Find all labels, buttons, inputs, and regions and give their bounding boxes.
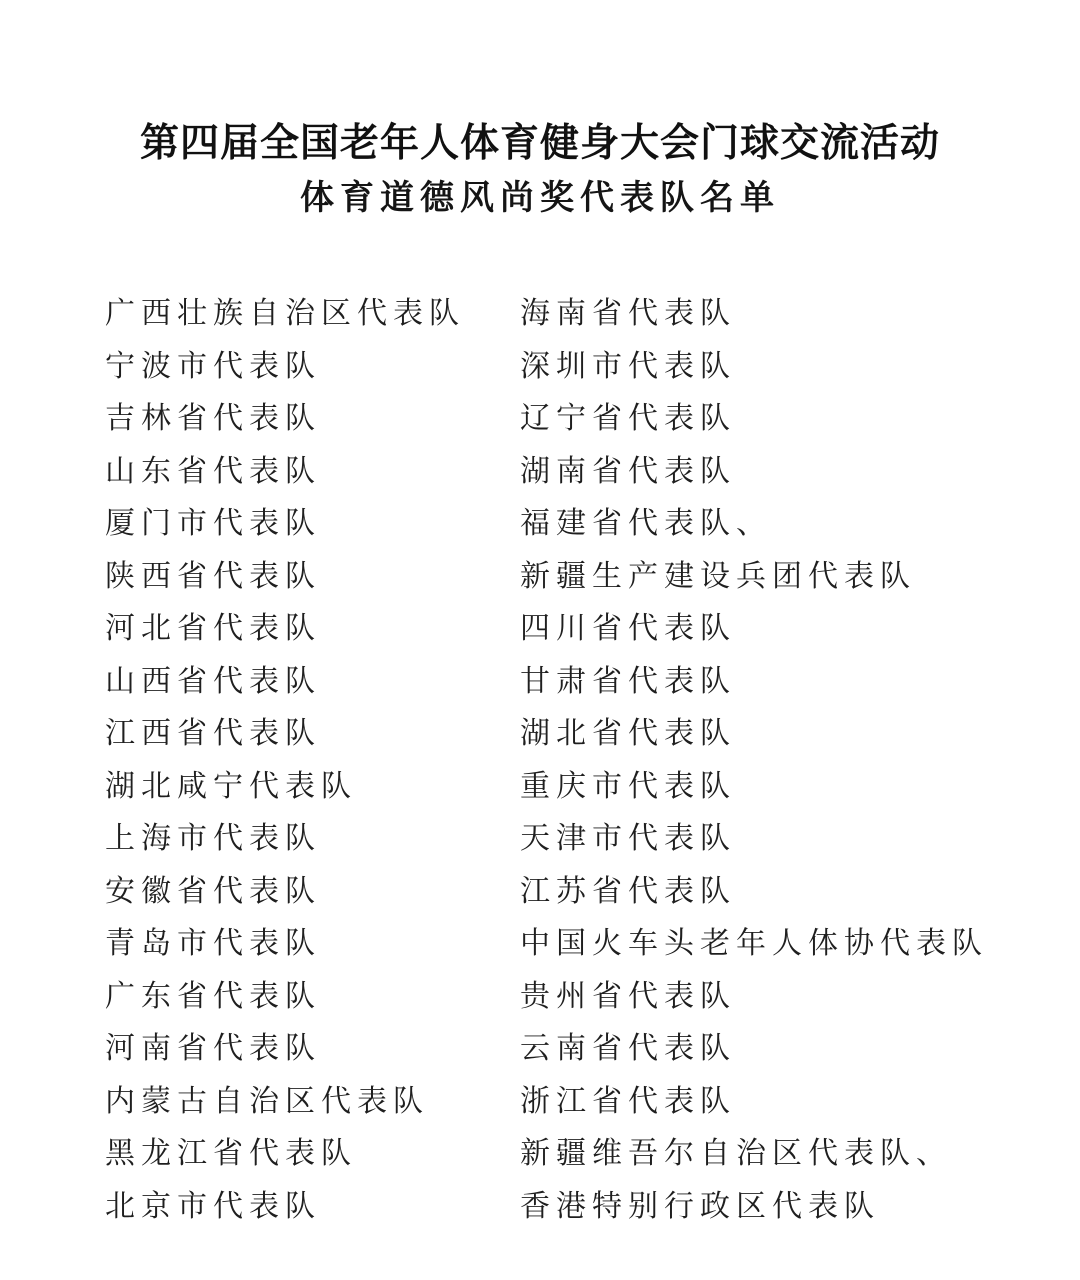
list-item: 海南省代表队 <box>520 288 1040 341</box>
list-item: 安徽省代表队 <box>105 866 520 919</box>
list-item: 青岛市代表队 <box>105 918 520 971</box>
delegation-list: 广西壮族自治区代表队宁波市代表队吉林省代表队山东省代表队厦门市代表队陕西省代表队… <box>105 288 1040 1233</box>
list-item: 香港特别行政区代表队 <box>520 1181 1040 1234</box>
list-item: 辽宁省代表队 <box>520 393 1040 446</box>
list-item: 湖北省代表队 <box>520 708 1040 761</box>
column-left: 广西壮族自治区代表队宁波市代表队吉林省代表队山东省代表队厦门市代表队陕西省代表队… <box>105 288 520 1233</box>
list-item: 黑龙江省代表队 <box>105 1128 520 1181</box>
list-item: 厦门市代表队 <box>105 498 520 551</box>
list-item: 内蒙古自治区代表队 <box>105 1076 520 1129</box>
document-subtitle: 体育道德风尚奖代表队名单 <box>0 170 1080 219</box>
list-item: 北京市代表队 <box>105 1181 520 1234</box>
list-item: 宁波市代表队 <box>105 341 520 394</box>
list-item: 广东省代表队 <box>105 971 520 1024</box>
list-item: 上海市代表队 <box>105 813 520 866</box>
list-item: 贵州省代表队 <box>520 971 1040 1024</box>
list-item: 浙江省代表队 <box>520 1076 1040 1129</box>
list-item: 天津市代表队 <box>520 813 1040 866</box>
document-page: 第四届全国老年人体育健身大会门球交流活动 体育道德风尚奖代表队名单 广西壮族自治… <box>0 0 1080 1280</box>
list-item: 新疆维吾尔自治区代表队、 <box>520 1128 1040 1181</box>
list-item: 云南省代表队 <box>520 1023 1040 1076</box>
column-right: 海南省代表队深圳市代表队辽宁省代表队湖南省代表队福建省代表队、新疆生产建设兵团代… <box>520 288 1040 1233</box>
list-item: 江西省代表队 <box>105 708 520 761</box>
list-item: 江苏省代表队 <box>520 866 1040 919</box>
list-item: 湖南省代表队 <box>520 446 1040 499</box>
list-item: 山东省代表队 <box>105 446 520 499</box>
list-item: 新疆生产建设兵团代表队 <box>520 551 1040 604</box>
list-item: 湖北咸宁代表队 <box>105 761 520 814</box>
list-item: 广西壮族自治区代表队 <box>105 288 520 341</box>
list-item: 吉林省代表队 <box>105 393 520 446</box>
list-item: 甘肃省代表队 <box>520 656 1040 709</box>
list-item: 河北省代表队 <box>105 603 520 656</box>
list-item: 重庆市代表队 <box>520 761 1040 814</box>
document-title: 第四届全国老年人体育健身大会门球交流活动 <box>0 112 1080 168</box>
list-item: 中国火车头老年人体协代表队 <box>520 918 1040 971</box>
list-item: 陕西省代表队 <box>105 551 520 604</box>
list-item: 深圳市代表队 <box>520 341 1040 394</box>
list-item: 四川省代表队 <box>520 603 1040 656</box>
list-item: 河南省代表队 <box>105 1023 520 1076</box>
list-item: 山西省代表队 <box>105 656 520 709</box>
list-item: 福建省代表队、 <box>520 498 1040 551</box>
